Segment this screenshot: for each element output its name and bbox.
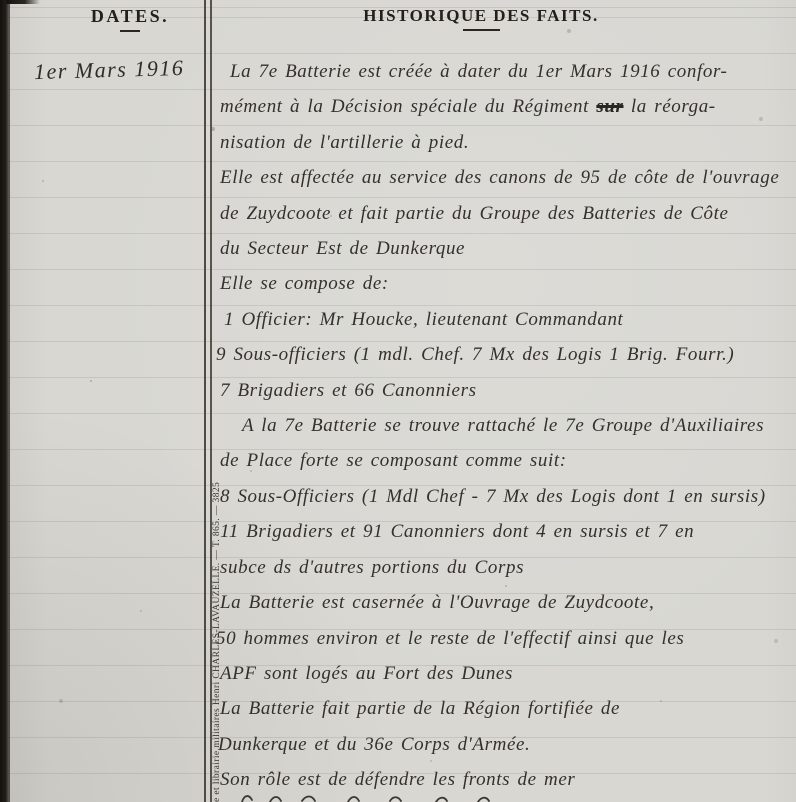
line-text: mément à la Décision spéciale du Régimen… xyxy=(220,96,596,117)
handwritten-line: 50 hommes environ et le reste de l'effec… xyxy=(216,621,792,656)
scan-edge-line xyxy=(8,0,10,802)
scan-edge-left xyxy=(0,0,8,802)
handwritten-line: A la 7e Batterie se trouve rattaché le 7… xyxy=(216,408,792,443)
handwritten-line: subce ds d'autres portions du Corps xyxy=(216,550,792,585)
dates-column-header: DATES. xyxy=(30,6,230,27)
handwritten-line: 7 Brigadiers et 66 Canonniers xyxy=(216,373,792,408)
handwritten-line: 11 Brigadiers et 91 Canonniers dont 4 en… xyxy=(216,514,792,549)
handwritten-line: La Batterie fait partie de la Région for… xyxy=(216,691,792,726)
handwritten-entry: La 7e Batterie est créée à dater du 1er … xyxy=(216,54,792,798)
handwritten-line: 9 Sous-officiers (1 mdl. Chef. 7 Mx des … xyxy=(216,337,792,372)
line-text: la réorga- xyxy=(624,96,716,117)
scan-edge-top-corner xyxy=(6,0,40,4)
handwritten-line: 8 Sous-Officiers (1 Mdl Chef - 7 Mx des … xyxy=(216,479,792,514)
handwritten-line: Elle est affectée au service des canons … xyxy=(216,160,792,195)
handwritten-line: 1 Officier: Mr Houcke, lieutenant Comman… xyxy=(216,302,792,337)
handwritten-line: La 7e Batterie est créée à dater du 1er … xyxy=(216,54,792,89)
handwritten-line: La Batterie est casernée à l'Ouvrage de … xyxy=(216,585,792,620)
handwritten-line: APF sont logés au Fort des Dunes xyxy=(216,656,792,691)
cutoff-line-fragment xyxy=(240,793,500,802)
handwritten-line: nisation de l'artillerie à pied. xyxy=(216,125,792,160)
journal-page: DATES. HISTORIQUE DES FAITS. 1er Mars 19… xyxy=(0,0,796,802)
historique-column-header: HISTORIQUE DES FAITS. xyxy=(300,6,662,26)
handwritten-line: Dunkerque et du 36e Corps d'Armée. xyxy=(216,727,792,762)
column-divider-line-outer xyxy=(204,0,206,802)
handwritten-line: de Place forte se composant comme suit: xyxy=(216,443,792,478)
handwritten-line: Elle se compose de: xyxy=(216,266,792,301)
handwritten-line: mément à la Décision spéciale du Régimen… xyxy=(216,89,792,124)
printer-imprint-vertical: e et librairie militaires Henri CHARLES-… xyxy=(212,454,225,802)
historique-header-underline xyxy=(463,29,500,31)
handwritten-date: 1er Mars 1916 xyxy=(34,55,185,85)
handwritten-line: du Secteur Est de Dunkerque xyxy=(216,231,792,266)
handwritten-line: de Zuydcoote et fait partie du Groupe de… xyxy=(216,196,792,231)
dates-header-underline xyxy=(120,30,140,32)
struck-word: sur xyxy=(596,96,623,117)
paper-specks xyxy=(0,0,2,2)
